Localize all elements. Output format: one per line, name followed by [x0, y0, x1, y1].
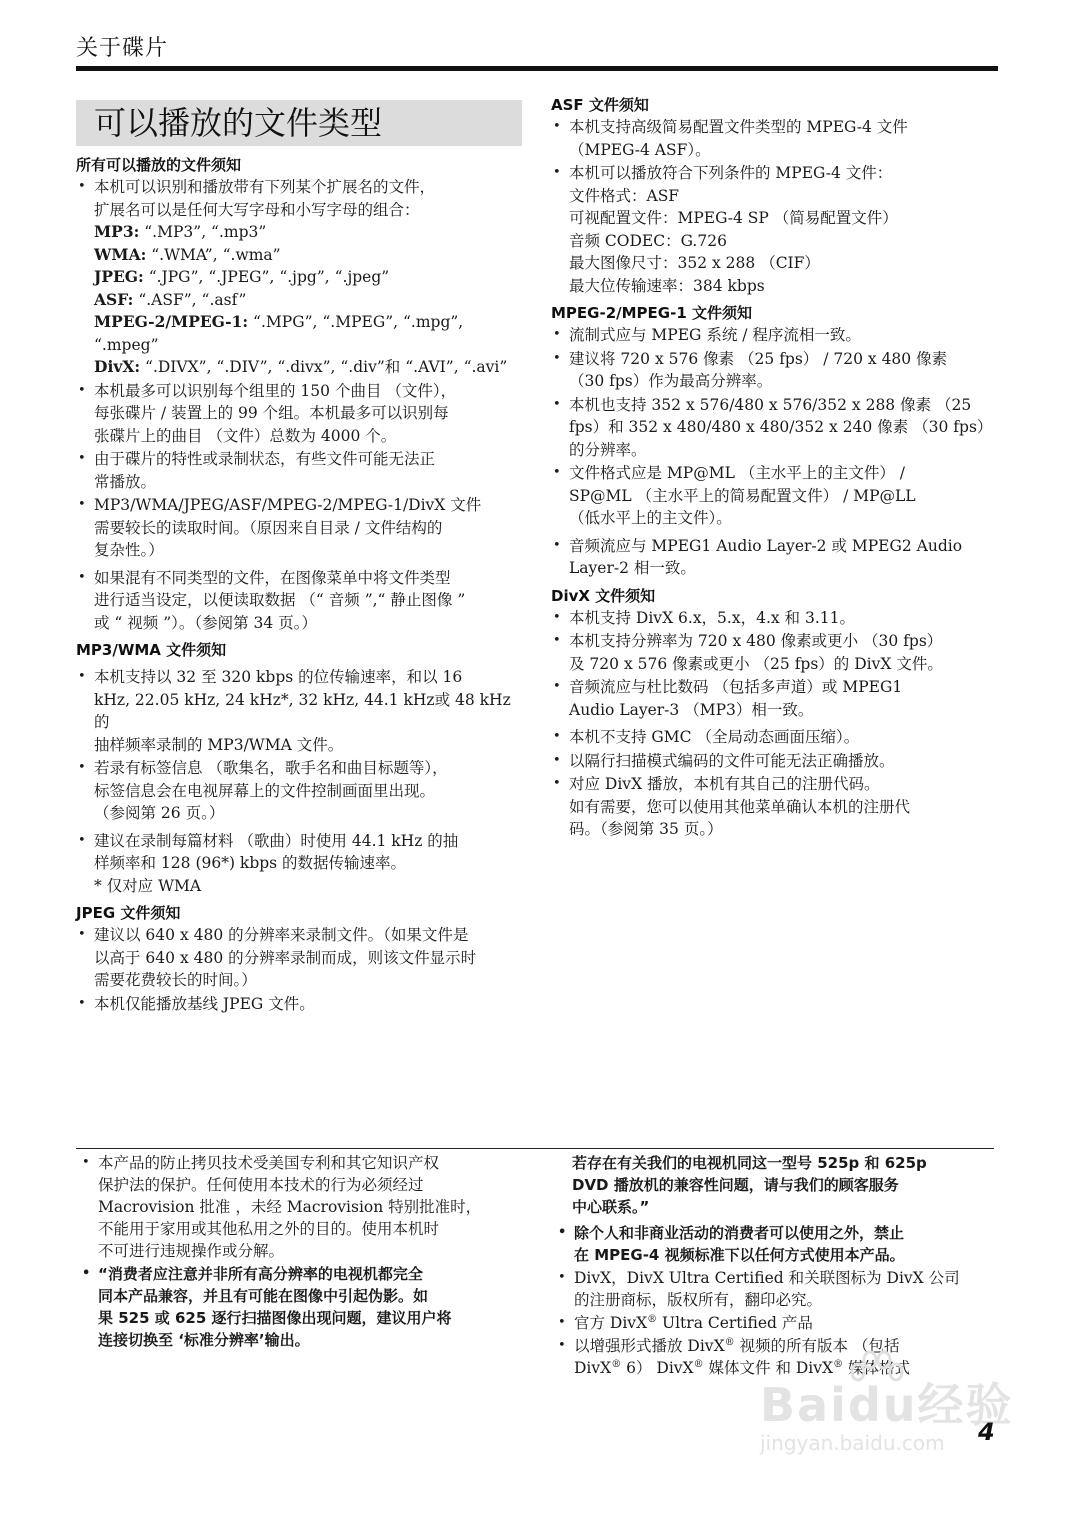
section-heading: DivX 文件须知	[551, 585, 996, 607]
text-line: 每张碟片 / 装置上的 99 个组。本机最多可以识别每	[94, 402, 524, 425]
section-heading: JPEG 文件须知	[76, 902, 524, 924]
text-line: kHz, 22.05 kHz, 24 kHz*, 32 kHz, 44.1 kH…	[94, 689, 524, 734]
extension-wma: WMA: “.WMA”, “.wma”	[94, 244, 524, 267]
text-line: 保护法的保护。任何使用本技术的行为必须经过	[98, 1174, 520, 1196]
text-line: 本机支持以 32 至 320 kbps 的位传输速率，和以 16	[94, 666, 524, 689]
text-line: 本机仅能播放基线 JPEG 文件。	[94, 993, 524, 1016]
list-item: 本机也支持 352 x 576/480 x 576/352 x 288 像素 （…	[551, 394, 996, 462]
list-item: 音频流应与 MPEG1 Audio Layer-2 或 MPEG2 Audio …	[551, 535, 996, 580]
text-line: 本机可以识别和播放带有下列某个扩展名的文件，	[94, 176, 524, 199]
text-line: 连接切换至 ‘标准分辨率’输出。	[98, 1329, 520, 1351]
text-line: 同本产品兼容，并且有可能在图像中引起伪影。如	[98, 1285, 520, 1307]
list-item: 如果混有不同类型的文件，在图像菜单中将文件类型 进行适当设定，以便读取数据 （“…	[76, 567, 524, 635]
header-rule	[76, 66, 998, 71]
text-line: 常播放。	[94, 471, 524, 494]
section-name: 关于碟片	[76, 34, 998, 64]
text-line: 由于碟片的特性或录制状态，有些文件可能无法正	[94, 448, 524, 471]
text-line: 的注册商标，版权所有，翻印必究。	[574, 1289, 996, 1311]
text-line: 进行适当设定，以便读取数据 （“ 音频 ”,“ 静止图像 ”	[94, 589, 524, 612]
text-line: 及 720 x 576 像素或更小 （25 fps）的 DivX 文件。	[569, 653, 996, 676]
text-line: 如果混有不同类型的文件，在图像菜单中将文件类型	[94, 567, 524, 590]
section-heading: 所有可以播放的文件须知	[76, 154, 524, 176]
list-item: 建议以 640 x 480 的分辨率来录制文件。（如果文件是 以高于 640 x…	[76, 924, 524, 992]
section-heading: ASF 文件须知	[551, 94, 996, 116]
spec-audio-codec: 音频 CODEC：G.726	[569, 230, 996, 253]
registered-mark: ®	[725, 1337, 735, 1348]
list-item: 本机不支持 GMC （全局动态画面压缩）。	[551, 726, 996, 749]
footer-notes-left: 本产品的防止拷贝技术受美国专利和其它知识产权 保护法的保护。任何使用本技术的行为…	[80, 1152, 520, 1352]
text-line: 中心联系。”	[572, 1196, 996, 1218]
list-item: 以增强形式播放 DivX® 视频的所有版本 （包括 DivX® 6） DivX®…	[556, 1335, 996, 1379]
text-line: 本机支持高级简易配置文件类型的 MPEG-4 文件	[569, 116, 996, 139]
list-item: 本机支持 DivX 6.x，5.x，4.x 和 3.11。	[551, 607, 996, 630]
registered-mark: ®	[647, 1314, 657, 1325]
text-line: 在 MPEG-4 视频标准下以任何方式使用本产品。	[574, 1244, 996, 1266]
text-line: 若录有标签信息 （歌集名，歌手名和曲目标题等），	[94, 757, 524, 780]
text-line: （低水平上的主文件）。	[569, 507, 996, 530]
registered-mark: ®	[833, 1359, 843, 1370]
extension-jpeg: JPEG: “.JPG”, “.JPEG”, “.jpg”, “.jpeg”	[94, 266, 524, 289]
text-line: DVD 播放机的兼容性问题，请与我们的顾客服务	[572, 1174, 996, 1196]
text-line: 果 525 或 625 逐行扫描图像出现问题，建议用户将	[98, 1307, 520, 1329]
extension-mp3: MP3: “.MP3”, “.mp3”	[94, 221, 524, 244]
text-line: 需要较长的读取时间。（原因来自目录 / 文件结构的	[94, 517, 524, 540]
paw-icon	[844, 1350, 904, 1390]
footnote: * 仅对应 WMA	[94, 875, 524, 898]
continued-note: 若存在有关我们的电视机同这一型号 525p 和 625p DVD 播放机的兼容性…	[556, 1152, 996, 1218]
text-line: Layer-2 相一致。	[569, 557, 996, 580]
text-line: “消费者应注意并非所有高分辨率的电视机都完全	[98, 1263, 520, 1285]
list-item: 建议将 720 x 576 像素 （25 fps） / 720 x 480 像素…	[551, 348, 996, 393]
text-line: 以高于 640 x 480 的分辨率录制而成，则该文件显示时	[94, 947, 524, 970]
list-item: MP3/WMA/JPEG/ASF/MPEG-2/MPEG-1/DivX 文件 需…	[76, 494, 524, 562]
list-item: 本产品的防止拷贝技术受美国专利和其它知识产权 保护法的保护。任何使用本技术的行为…	[80, 1152, 520, 1262]
text-line: 建议在录制每篇材料 （歌曲）时使用 44.1 kHz 的抽	[94, 830, 524, 853]
text-line: Macrovision 批准 ，未经 Macrovision 特别批准时，	[98, 1196, 520, 1218]
section-mpeg: MPEG-2/MPEG-1 文件须知 流制式应与 MPEG 系统 / 程序流相一…	[551, 302, 996, 580]
list-item: 音频流应与杜比数码 （包括多声道）或 MPEG1 Audio Layer-3 （…	[551, 676, 996, 721]
text-line: （30 fps）作为最高分辨率。	[569, 370, 996, 393]
text-line: 如有需要，您可以使用其他菜单确认本机的注册代	[569, 796, 996, 819]
spec-file-format: 文件格式：ASF	[569, 185, 996, 208]
list-item: “消费者应注意并非所有高分辨率的电视机都完全 同本产品兼容，并且有可能在图像中引…	[80, 1263, 520, 1351]
text-line: 建议将 720 x 576 像素 （25 fps） / 720 x 480 像素	[569, 348, 996, 371]
text-line: 本机不支持 GMC （全局动态画面压缩）。	[569, 726, 996, 749]
page-header: 关于碟片	[76, 34, 998, 71]
list-item: 以隔行扫描模式编码的文件可能无法正确播放。	[551, 750, 996, 773]
text-line: fps）和 352 x 480/480 x 480/352 x 240 像素 （…	[569, 416, 996, 439]
text-line: DivX® 6） DivX® 媒体文件 和 DivX® 媒体格式	[574, 1357, 996, 1379]
text-line: 以隔行扫描模式编码的文件可能无法正确播放。	[569, 750, 996, 773]
text-line: 对应 DivX 播放，本机有其自己的注册代码。	[569, 773, 996, 796]
section-heading: MP3/WMA 文件须知	[76, 639, 524, 661]
text-line: Audio Layer-3 （MP3）相一致。	[569, 699, 996, 722]
text-line: 官方 DivX® Ultra Certified 产品	[574, 1312, 996, 1334]
extension-divx: DivX: “.DIVX”, “.DIV”, “.divx”, “.div”和 …	[94, 356, 524, 379]
list-item: 本机支持高级简易配置文件类型的 MPEG-4 文件 （MPEG-4 ASF）。	[551, 116, 996, 161]
text-line: （参阅第 26 页。）	[94, 802, 524, 825]
section-all-files: 所有可以播放的文件须知 本机可以识别和播放带有下列某个扩展名的文件， 扩展名可以…	[76, 154, 524, 634]
extension-mpeg: MPEG-2/MPEG-1: “.MPG”, “.MPEG”, “.mpg”, …	[94, 311, 524, 356]
registered-mark: ®	[611, 1359, 621, 1370]
list-item: 若录有标签信息 （歌集名，歌手名和曲目标题等）， 标签信息会在电视屏幕上的文件控…	[76, 757, 524, 825]
list-item: 本机可以识别和播放带有下列某个扩展名的文件， 扩展名可以是任何大写字母和小写字母…	[76, 176, 524, 379]
section-heading: MPEG-2/MPEG-1 文件须知	[551, 302, 996, 324]
section-divx: DivX 文件须知 本机支持 DivX 6.x，5.x，4.x 和 3.11。 …	[551, 585, 996, 841]
text-line: 的分辨率。	[569, 439, 996, 462]
text-line: 音频流应与 MPEG1 Audio Layer-2 或 MPEG2 Audio	[569, 535, 996, 558]
text-line: 本机可以播放符合下列条件的 MPEG-4 文件：	[569, 162, 996, 185]
list-item: 除个人和非商业活动的消费者可以使用之外，禁止 在 MPEG-4 视频标准下以任何…	[556, 1222, 996, 1266]
text-line: 张碟片上的曲目 （文件）总数为 4000 个。	[94, 425, 524, 448]
text-line: 复杂性。）	[94, 539, 524, 562]
text-line: 本机最多可以识别每个组里的 150 个曲目 （文件），	[94, 380, 524, 403]
text-line: 或 “ 视频 ”）。（参阅第 34 页。）	[94, 612, 524, 635]
spec-visual-profile: 可视配置文件：MPEG-4 SP （简易配置文件）	[569, 207, 996, 230]
text-line: 标签信息会在电视屏幕上的文件控制画面里出现。	[94, 780, 524, 803]
spec-max-bitrate: 最大位传输速率：384 kbps	[569, 275, 996, 298]
list-item: 官方 DivX® Ultra Certified 产品	[556, 1312, 996, 1334]
text-line: 码。（参阅第 35 页。）	[569, 818, 996, 841]
text-line: 以增强形式播放 DivX® 视频的所有版本 （包括	[574, 1335, 996, 1357]
list-item: 本机支持以 32 至 320 kbps 的位传输速率，和以 16 kHz, 22…	[76, 666, 524, 756]
list-item: DivX，DivX Ultra Certified 和关联图标为 DivX 公司…	[556, 1267, 996, 1311]
text-line: 不能用于家用或其他私用之外的目的。使用本机时	[98, 1218, 520, 1240]
list-item: 本机可以播放符合下列条件的 MPEG-4 文件： 文件格式：ASF 可视配置文件…	[551, 162, 996, 297]
section-mp3-wma: MP3/WMA 文件须知 本机支持以 32 至 320 kbps 的位传输速率，…	[76, 639, 524, 897]
footer-rule	[76, 1148, 994, 1149]
text-line: SP@ML （主水平上的简易配置文件） / MP@LL	[569, 485, 996, 508]
page-title: 可以播放的文件类型	[76, 100, 522, 146]
extension-asf: ASF: “.ASF”, “.asf”	[94, 289, 524, 312]
section-asf: ASF 文件须知 本机支持高级简易配置文件类型的 MPEG-4 文件 （MPEG…	[551, 94, 996, 297]
list-item: 本机仅能播放基线 JPEG 文件。	[76, 993, 524, 1016]
text-line: 若存在有关我们的电视机同这一型号 525p 和 625p	[572, 1152, 996, 1174]
list-item: 流制式应与 MPEG 系统 / 程序流相一致。	[551, 324, 996, 347]
section-jpeg: JPEG 文件须知 建议以 640 x 480 的分辨率来录制文件。（如果文件是…	[76, 902, 524, 1015]
title-band: 可以播放的文件类型	[76, 100, 522, 146]
text-line: MP3/WMA/JPEG/ASF/MPEG-2/MPEG-1/DivX 文件	[94, 494, 524, 517]
text-line: DivX，DivX Ultra Certified 和关联图标为 DivX 公司	[574, 1267, 996, 1289]
list-item: 建议在录制每篇材料 （歌曲）时使用 44.1 kHz 的抽 样频率和 128 (…	[76, 830, 524, 898]
list-item: 文件格式应是 MP@ML （主水平上的主文件） / SP@ML （主水平上的简易…	[551, 462, 996, 530]
registered-mark: ®	[694, 1359, 704, 1370]
text-line: 除个人和非商业活动的消费者可以使用之外，禁止	[574, 1222, 996, 1244]
text-line: 本机支持 DivX 6.x，5.x，4.x 和 3.11。	[569, 607, 996, 630]
text-line: 建议以 640 x 480 的分辨率来录制文件。（如果文件是	[94, 924, 524, 947]
text-line: 不可进行违规操作或分解。	[98, 1240, 520, 1262]
page-number: 4	[978, 1418, 995, 1446]
spec-max-image-size: 最大图像尺寸：352 x 288 （CIF）	[569, 252, 996, 275]
text-line: （MPEG-4 ASF）。	[569, 139, 996, 162]
text-line: 文件格式应是 MP@ML （主水平上的主文件） /	[569, 462, 996, 485]
list-item: 对应 DivX 播放，本机有其自己的注册代码。 如有需要，您可以使用其他菜单确认…	[551, 773, 996, 841]
text-line: 扩展名可以是任何大写字母和小写字母的组合：	[94, 199, 524, 222]
text-line: 音频流应与杜比数码 （包括多声道）或 MPEG1	[569, 676, 996, 699]
text-line: 本机也支持 352 x 576/480 x 576/352 x 288 像素 （…	[569, 394, 996, 417]
text-line: 抽样频率录制的 MP3/WMA 文件。	[94, 734, 524, 757]
text-line: 本产品的防止拷贝技术受美国专利和其它知识产权	[98, 1152, 520, 1174]
text-line: 需要花费较长的时间。）	[94, 969, 524, 992]
list-item: 本机最多可以识别每个组里的 150 个曲目 （文件）， 每张碟片 / 装置上的 …	[76, 380, 524, 448]
list-item: 由于碟片的特性或录制状态，有些文件可能无法正 常播放。	[76, 448, 524, 493]
text-line: 样频率和 128 (96*) kbps 的数据传输速率。	[94, 852, 524, 875]
list-item: 本机支持分辨率为 720 x 480 像素或更小 （30 fps） 及 720 …	[551, 630, 996, 675]
right-column: ASF 文件须知 本机支持高级简易配置文件类型的 MPEG-4 文件 （MPEG…	[551, 94, 996, 842]
text-line: 本机支持分辨率为 720 x 480 像素或更小 （30 fps）	[569, 630, 996, 653]
footer-notes-right: 若存在有关我们的电视机同这一型号 525p 和 625p DVD 播放机的兼容性…	[556, 1152, 996, 1380]
left-column: 所有可以播放的文件须知 本机可以识别和播放带有下列某个扩展名的文件， 扩展名可以…	[76, 154, 524, 1016]
text-line: 流制式应与 MPEG 系统 / 程序流相一致。	[569, 324, 996, 347]
